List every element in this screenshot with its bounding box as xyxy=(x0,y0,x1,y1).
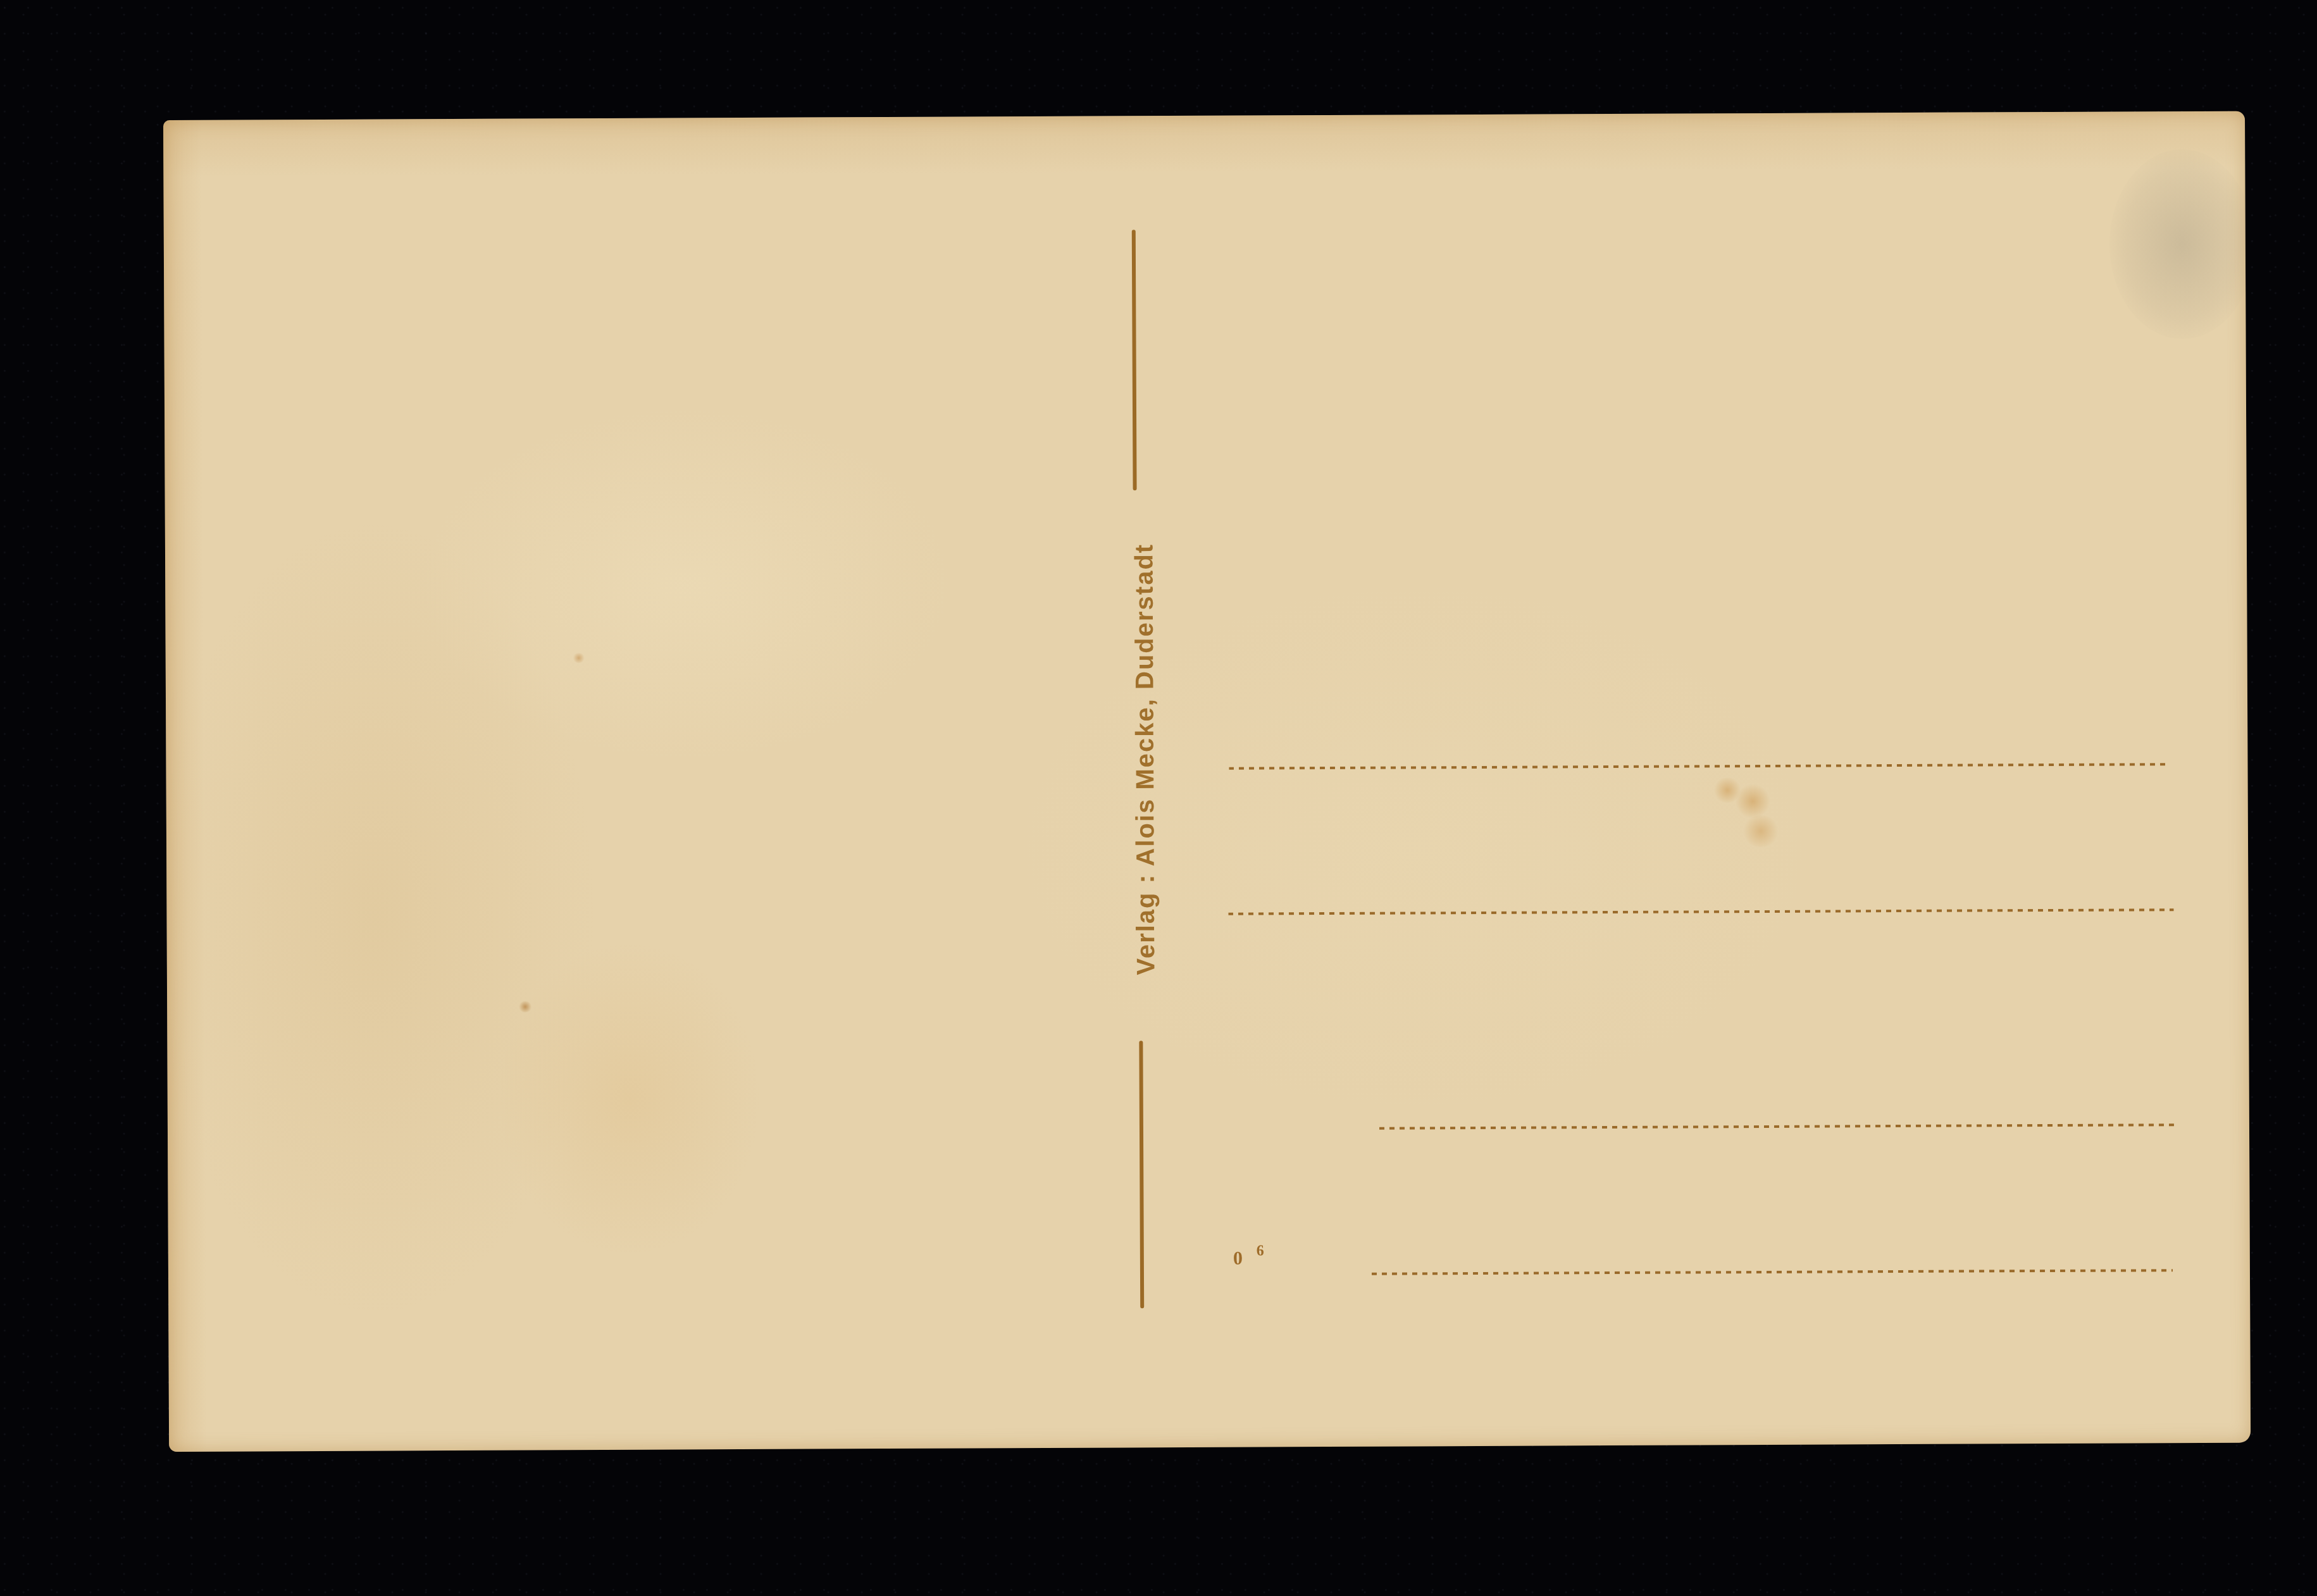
catalog-mark-main: 0 xyxy=(1233,1248,1243,1269)
postcard-back: Verlag : Alois Mecke, Duderstadt 06 xyxy=(163,111,2251,1452)
catalog-mark: 06 xyxy=(1233,1247,1264,1269)
catalog-mark-superscript: 6 xyxy=(1257,1242,1264,1259)
publisher-imprint: Verlag : Alois Mecke, Duderstadt xyxy=(1130,543,1160,975)
paper-texture xyxy=(163,111,2251,1452)
